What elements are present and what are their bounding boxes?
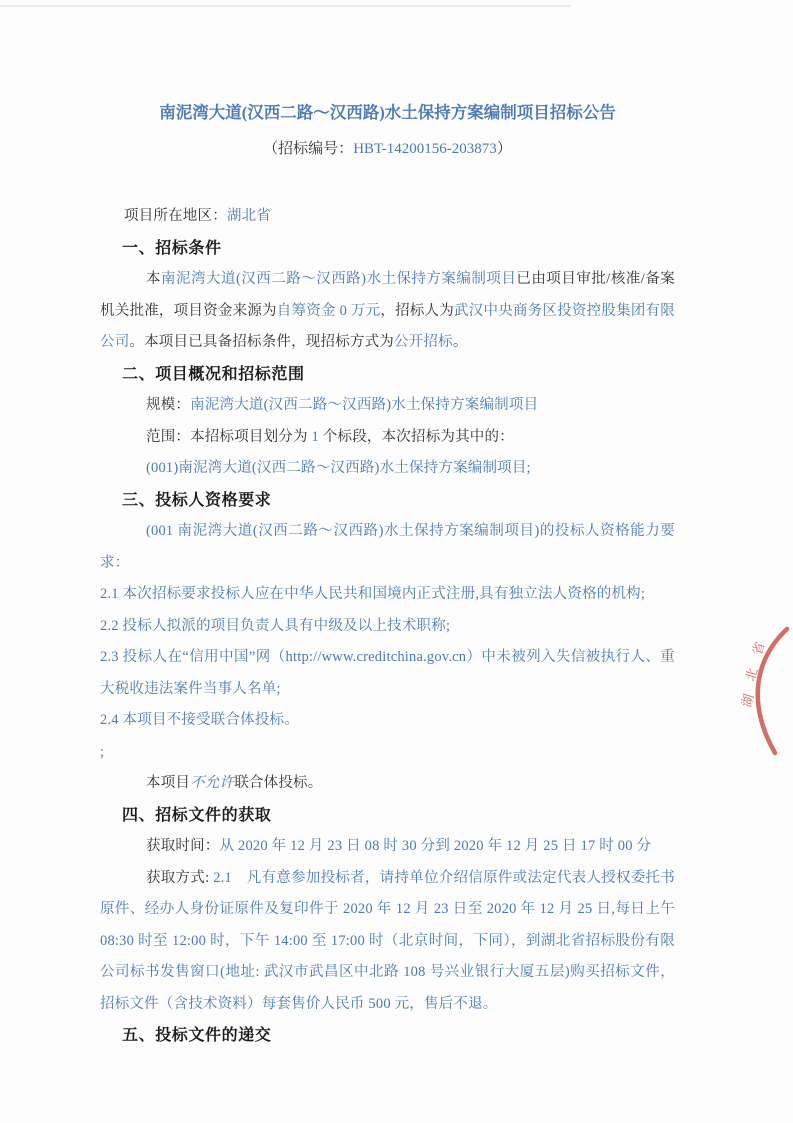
document-title: 南泥湾大道(汉西二路～汉西路)水土保持方案编制项目招标公告 — [100, 102, 675, 124]
text-run: 。本项目已具备招标条件，现招标方式为 — [129, 334, 394, 350]
text-run: ，招标人为 — [380, 303, 454, 319]
text-run: 。 — [453, 334, 468, 350]
obtain-method-paragraph: 获取方式: 2.1 凡有意参加投标者，请持单位介绍信原件或法定代表人授权委托书原… — [100, 863, 675, 1021]
section-4-heading: 四、招标文件的获取 — [100, 800, 675, 832]
text-run: 获取时间： — [146, 838, 220, 854]
requirement-2-4: 2.4 本项目不接受联合体投标。 — [100, 705, 675, 737]
text-run: 范围：本招标项目划分为 — [146, 429, 312, 445]
lot-line: (001)南泥湾大道(汉西二路～汉西路)水土保持方案编制项目; — [100, 453, 675, 485]
text-run: 本 — [146, 271, 161, 287]
text-run: 自筹资金 0 万元 — [277, 303, 381, 319]
requirement-2-2: 2.2 投标人拟派的项目负责人具有中级及以上技术职称; — [100, 611, 675, 643]
scope-line: 范围：本招标项目划分为 1 个标段，本次招标为其中的： — [100, 422, 675, 454]
text-run: 南泥湾大道(汉西二路～汉西路)水土保持方案编制项目 — [190, 397, 538, 413]
text-run: 个标段，本次招标为其中的： — [319, 429, 514, 445]
text-run: 二、项目概况和招标范围 — [122, 366, 305, 383]
bid-announcement-document: 南泥湾大道(汉西二路～汉西路)水土保持方案编制项目招标公告 （招标编号：HBT-… — [0, 0, 793, 1052]
text-run: 2.1 凡有意参加投标者，请持单位介绍信原件或法定代表人授权委托书原件、经办人身… — [100, 870, 675, 1012]
text-run: 项目所在地区： — [124, 208, 227, 224]
project-location-line: 项目所在地区：湖北省 — [100, 201, 675, 233]
consortium-note-line: 本项目不允许联合体投标。 — [100, 768, 675, 800]
text-run: 获取方式: — [146, 870, 213, 886]
document-page: 南泥湾大道(汉西二路～汉西路)水土保持方案编制项目招标公告 （招标编号：HBT-… — [0, 0, 793, 1123]
text-run: 2.3 投标人在“信用中国”网（http://www.creditchina.g… — [100, 649, 675, 697]
text-run: 公开招标 — [394, 334, 453, 350]
document-body: 项目所在地区：湖北省一、招标条件本南泥湾大道(汉西二路～汉西路)水土保持方案编制… — [100, 201, 675, 1052]
text-run: 不允许 — [190, 775, 234, 791]
text-run: 本项目 — [146, 775, 190, 791]
text-run: 2.1 本次招标要求投标人应在中华人民共和国境内正式注册,具有独立法人资格的机构… — [100, 586, 645, 602]
text-run: 三、投标人资格要求 — [122, 492, 271, 509]
stray-semicolon-line: ; — [100, 737, 675, 769]
requirement-2-1: 2.1 本次招标要求投标人应在中华人民共和国境内正式注册,具有独立法人资格的机构… — [100, 579, 675, 611]
text-run: 一、招标条件 — [122, 240, 222, 257]
scale-line: 规模：南泥湾大道(汉西二路～汉西路)水土保持方案编制项目 — [100, 390, 675, 422]
text-run: 南泥湾大道(汉西二路～汉西路)水土保持方案编制项目 — [161, 271, 516, 287]
qualification-intro-line: (001 南泥湾大道(汉西二路～汉西路)水土保持方案编制项目)的投标人资格能力要… — [100, 516, 675, 579]
section-1-paragraph: 本南泥湾大道(汉西二路～汉西路)水土保持方案编制项目已由项目审批/核准/备案机关… — [100, 264, 675, 359]
section-3-heading: 三、投标人资格要求 — [100, 485, 675, 517]
text-run: 从 2020 年 12 月 23 日 08 时 30 分到 2020 年 12 … — [220, 838, 652, 854]
text-run: (001 南泥湾大道(汉西二路～汉西路)水土保持方案编制项目)的投标人资格能力要… — [100, 523, 675, 571]
bid-number-suffix: ） — [497, 141, 512, 157]
text-run: 联合体投标。 — [234, 775, 322, 791]
text-run: 2.2 投标人拟派的项目负责人具有中级及以上技术职称; — [100, 618, 450, 634]
text-run: ; — [100, 744, 104, 760]
bid-number-label: （招标编号： — [263, 141, 353, 157]
section-5-heading: 五、投标文件的递交 — [100, 1020, 675, 1052]
text-run: (001)南泥湾大道(汉西二路～汉西路)水土保持方案编制项目; — [146, 460, 531, 476]
section-2-heading: 二、项目概况和招标范围 — [100, 359, 675, 391]
section-1-heading: 一、招标条件 — [100, 233, 675, 265]
text-run: 2.4 本项目不接受联合体投标。 — [100, 712, 299, 728]
text-run: 湖北省 — [227, 208, 271, 224]
obtain-time-line: 获取时间：从 2020 年 12 月 23 日 08 时 30 分到 2020 … — [100, 831, 675, 863]
text-run: 规模： — [146, 397, 190, 413]
text-run: 1 — [312, 429, 319, 445]
bid-number-value: HBT-14200156-203873 — [353, 141, 497, 157]
requirement-2-3: 2.3 投标人在“信用中国”网（http://www.creditchina.g… — [100, 642, 675, 705]
text-run: 五、投标文件的递交 — [122, 1027, 271, 1044]
text-run: 四、招标文件的获取 — [122, 807, 271, 824]
bid-number-line: （招标编号：HBT-14200156-203873） — [100, 138, 675, 160]
